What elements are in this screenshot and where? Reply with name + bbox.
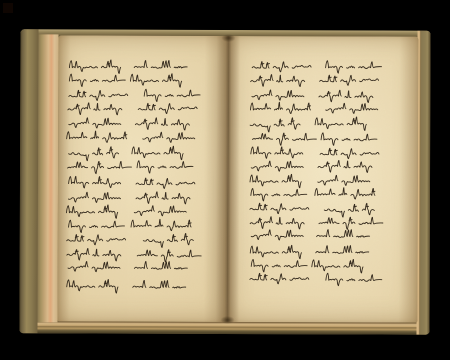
handwritten-line [69, 89, 200, 102]
handwritten-line [252, 61, 381, 73]
handwritten-line [250, 202, 375, 217]
handwritten-line [68, 102, 197, 115]
handwritten-line [69, 60, 187, 74]
handwritten-line [250, 102, 377, 113]
handwritten-line [250, 272, 382, 286]
photo-artifact-spot [3, 3, 13, 13]
photo-background [0, 0, 450, 360]
handwritten-line [252, 90, 373, 103]
handwritten-line [68, 161, 193, 174]
handwritten-line [68, 192, 190, 204]
handwritten-line [66, 205, 186, 219]
handwritten-line [251, 160, 372, 173]
handwritten-line [251, 259, 363, 273]
handwritten-line [69, 117, 190, 130]
handwritten-line [67, 279, 186, 293]
handwritten-line [69, 73, 181, 87]
handwritten-line [69, 146, 184, 161]
handwritten-line [251, 188, 375, 201]
open-book [19, 29, 430, 334]
handwritten-line [251, 147, 379, 159]
handwritten-line [251, 74, 379, 87]
handwriting-ink [19, 29, 430, 334]
handwriting-left-page [66, 59, 202, 293]
handwritten-line [69, 219, 192, 232]
handwritten-line [67, 131, 195, 142]
handwritten-line [67, 233, 194, 247]
handwritten-line [250, 217, 383, 230]
handwritten-line [69, 176, 195, 189]
handwritten-line [250, 174, 370, 187]
handwritten-line [67, 248, 201, 262]
handwriting-right-page [249, 60, 383, 286]
handwritten-line [250, 117, 366, 132]
handwritten-line [250, 245, 369, 259]
handwritten-line [68, 261, 187, 272]
handwritten-line [252, 132, 377, 146]
handwritten-line [251, 229, 369, 240]
